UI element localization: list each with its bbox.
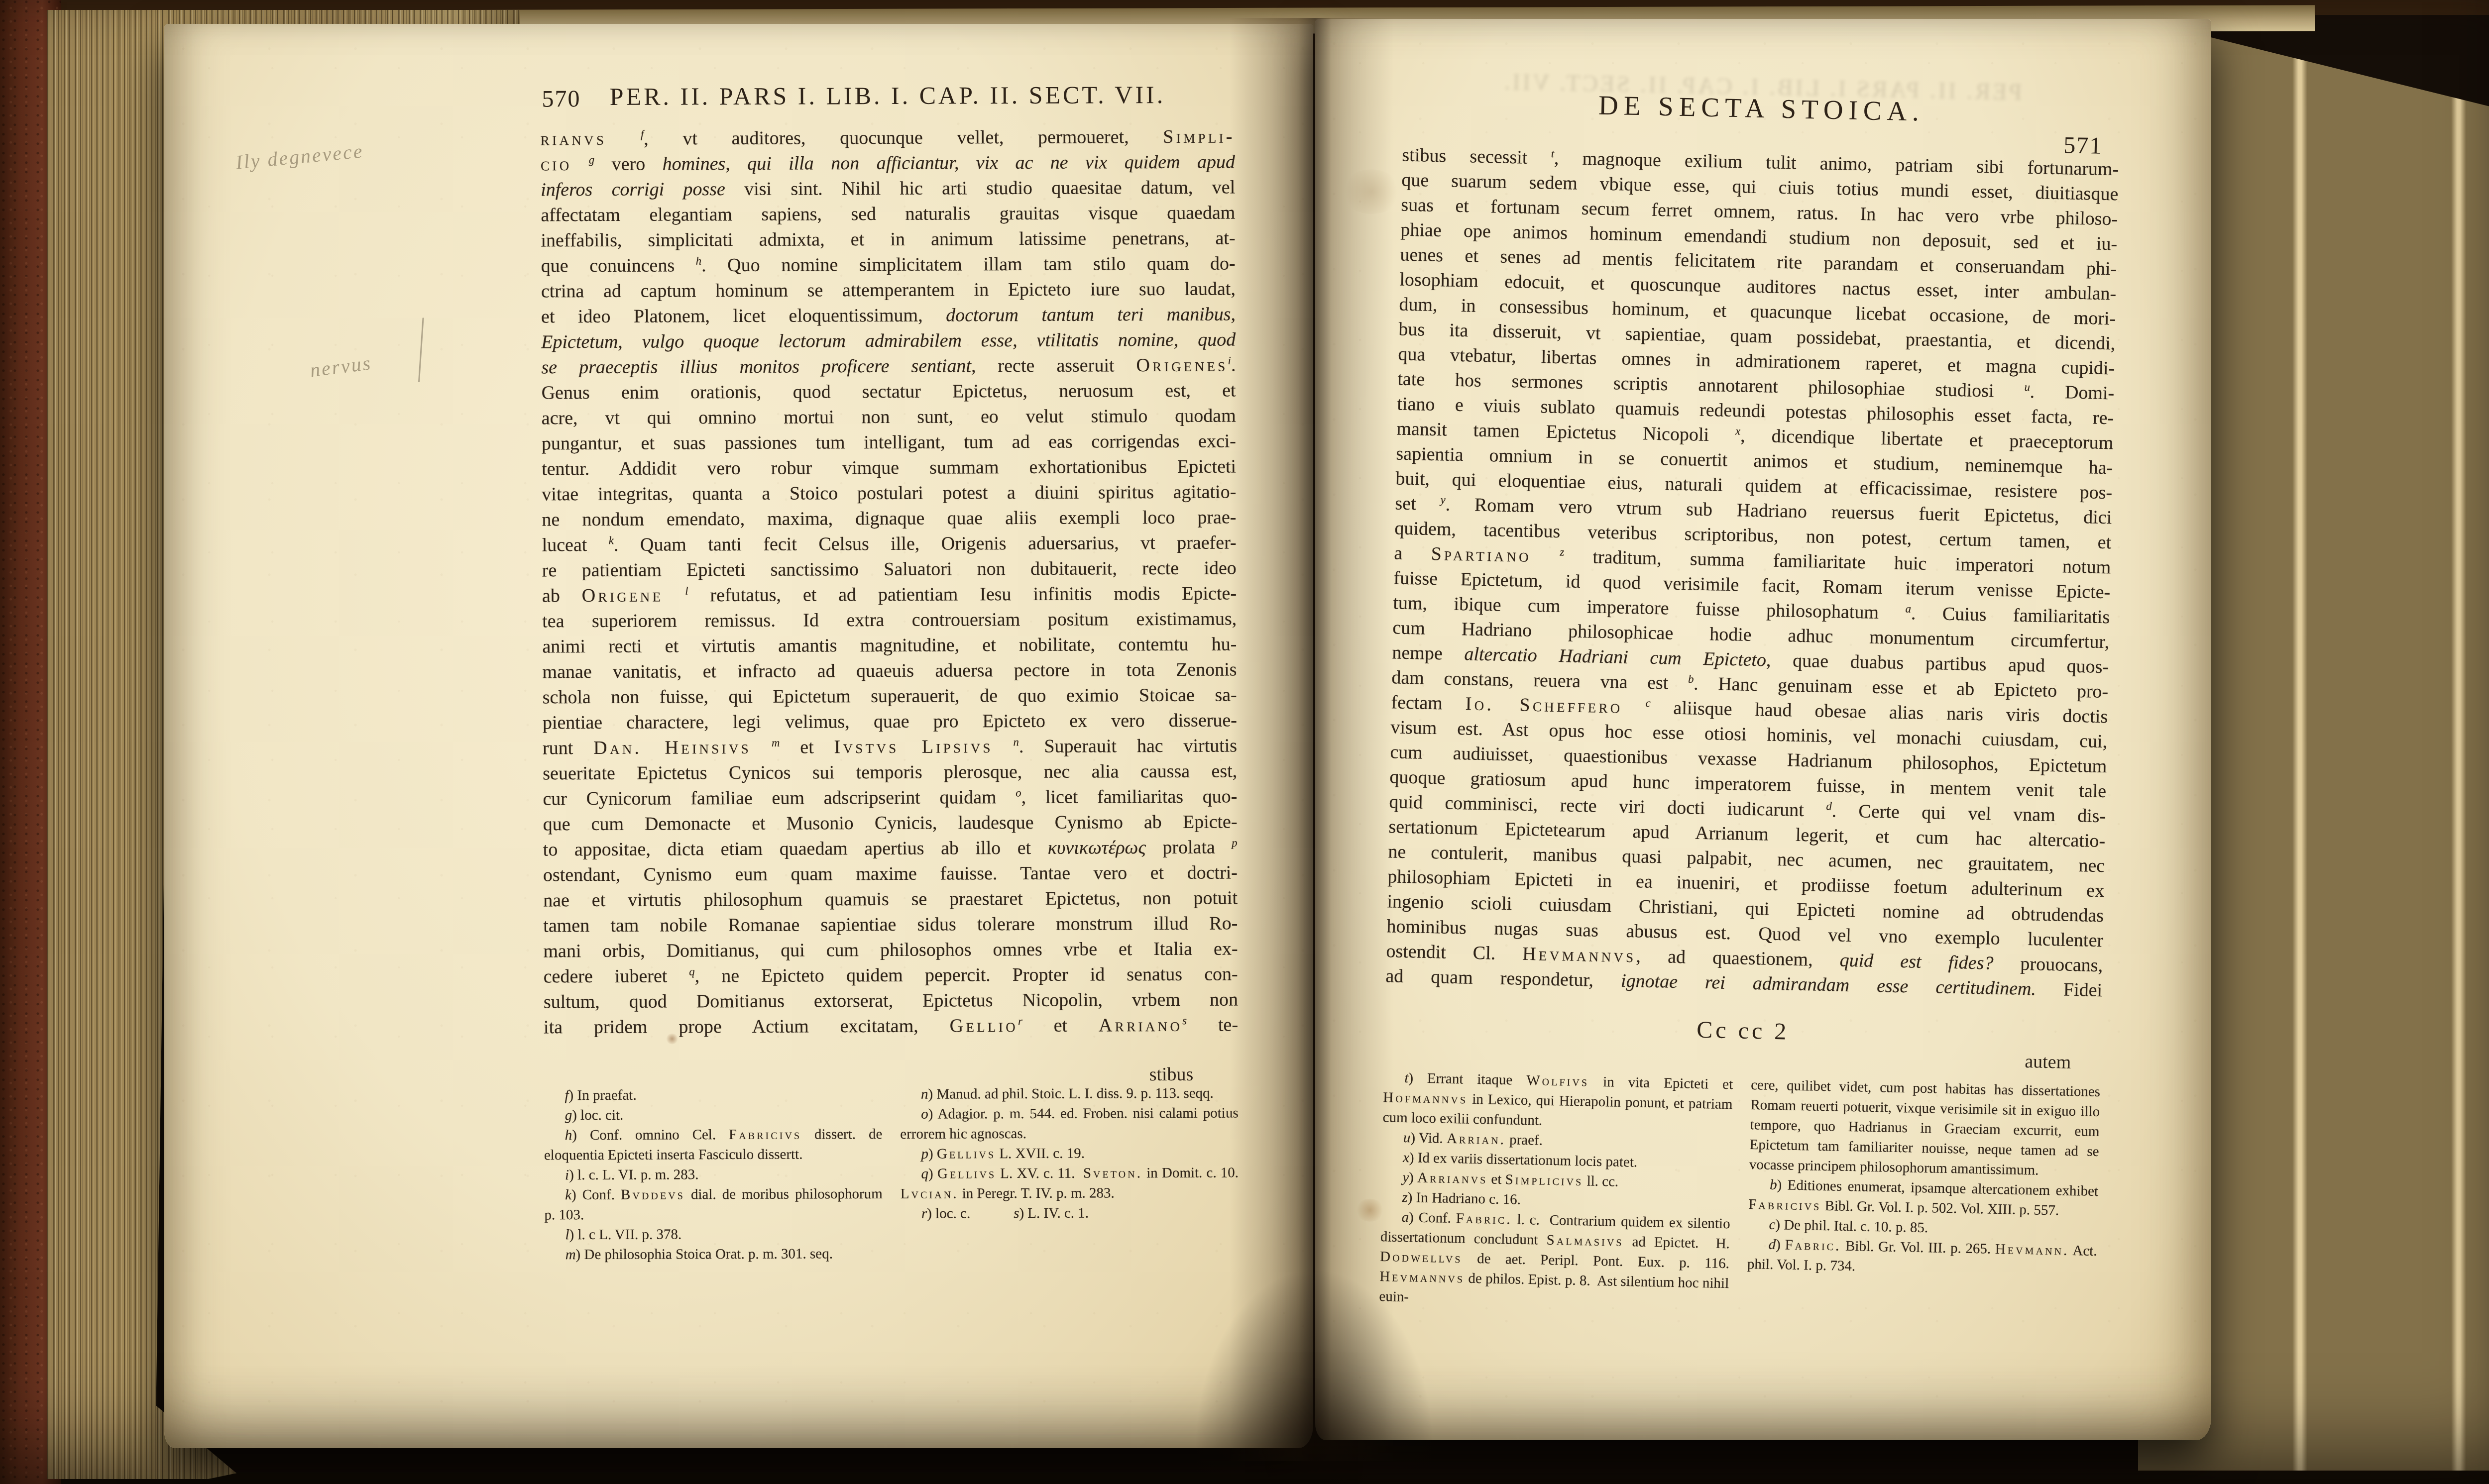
footnote: b) Editiones enumerat, ipsamque altercat…: [1748, 1174, 2098, 1221]
footnote: d) Fabric. Bibl. Gr. Vol. III. p. 265. H…: [1747, 1234, 2097, 1281]
footnote: o) Adagior. p. m. 544. ed. Froben. nisi …: [900, 1103, 1239, 1144]
footnote: cere, quilibet videt, cum post habitas h…: [1749, 1075, 2101, 1181]
text-line: que conuincens h. Quo nomine simplicitat…: [541, 253, 1236, 281]
text-line: tamen tam nobile Romanae sapientiae sidu…: [543, 913, 1238, 941]
stain: [1341, 169, 1402, 214]
text-line: schola non fuisse, qui Epictetum superau…: [543, 684, 1237, 712]
footnote: n) Manud. ad phil. Stoic. L. I. diss. 9.…: [900, 1083, 1239, 1104]
book-scan: 570 PER. II. PARS I. LIB. I. CAP. II. SE…: [0, 0, 2489, 1484]
footnote-column-1: f) In praefat.g) loc. cit.h) Conf. omnin…: [544, 1084, 883, 1265]
right-page-content: PER. II. PARS I. LIB. I. CAP. II. SECT. …: [1287, 19, 2211, 1458]
text-line: ineffabilis, simplicitati admixta, et in…: [541, 227, 1235, 255]
text-line: ab Origene l refutatus, et ad patientiam…: [542, 583, 1237, 611]
text-line: re patientiam Epicteti sanctissimo Salua…: [542, 557, 1237, 585]
right-page: PER. II. PARS I. LIB. I. CAP. II. SECT. …: [1315, 19, 2211, 1440]
running-header: PER. II. PARS I. LIB. I. CAP. II. SECT. …: [540, 80, 1235, 111]
left-page: 570 PER. II. PARS I. LIB. I. CAP. II. SE…: [164, 24, 1313, 1448]
text-line: rianvs f, vt auditores, quocunque vellet…: [541, 126, 1235, 154]
footnote: r) loc. c. s) L. IV. c. 1.: [901, 1203, 1239, 1224]
footnote: i) l. c. L. VI. p. m. 283.: [544, 1164, 883, 1185]
text-line: se praeceptis illius monitos proficere s…: [541, 354, 1236, 382]
pencil-stroke: [418, 318, 424, 382]
text-line: nae et virtutis philosophum quamuis se p…: [543, 887, 1238, 915]
protruding-page-edge: [2292, 27, 2307, 1471]
text-line: ita pridem prope Actium excitatam, Gelli…: [544, 1014, 1238, 1042]
text-line: luceat k. Quam tanti fecit Celsus ille, …: [542, 532, 1237, 560]
pencil-marginalia-1: Ily degnevece: [234, 139, 364, 174]
text-line: ne nondum emendato, maxima, dignaque qua…: [542, 507, 1236, 534]
pencil-marginalia-2: nervus: [309, 351, 373, 382]
footnote: f) In praefat.: [544, 1084, 882, 1105]
text-line: acre, vt qui omnino mortui non sunt, eo …: [542, 405, 1236, 433]
footnote-column-2: n) Manud. ad phil. Stoic. L. I. diss. 9.…: [900, 1083, 1239, 1264]
footnote: p) Gellivs L. XVII. c. 19.: [900, 1143, 1239, 1164]
text-line: ostendant, Cynismo eum quam maxime fauis…: [543, 862, 1238, 890]
text-line: pientiae charactere, legi velimus, quae …: [543, 710, 1237, 738]
text-line: cur Cynicorum familiae eum adscripserint…: [543, 786, 1237, 814]
text-line: inferos corrigi posse visi sint. Nihil h…: [541, 177, 1235, 205]
text-line: ctrina ad captum hominum se attemperante…: [541, 278, 1236, 306]
text-line: tea superiorem remissus. Id extra contro…: [542, 608, 1237, 636]
body-text: stibus secessit t, magnoque exilium tuli…: [1385, 144, 2119, 1005]
text-line: Epictetum, vulgo quoque lectorum admirab…: [541, 329, 1236, 357]
text-line: cio g vero homines, qui illa non afficia…: [541, 151, 1235, 179]
body-text: rianvs f, vt auditores, quocunque vellet…: [541, 126, 1238, 1042]
text-line: pungantur, et suas passiones tum intelli…: [542, 430, 1236, 458]
text-line: to appositae, dicta etiam quaedam aperti…: [543, 837, 1238, 864]
text-line: Genus enim orationis, quod sectatur Epic…: [542, 380, 1236, 408]
text-line: runt Dan. Heinsivs m et Ivstvs Lipsivs n…: [543, 735, 1237, 763]
text-line: que cum Demonacte et Musonio Cynicis, la…: [543, 811, 1238, 839]
footnote: a) Conf. Fabric. l. c. Contrarium quidem…: [1379, 1207, 1730, 1313]
footnote: m) De philosophia Stoica Orat. p. m. 301…: [545, 1244, 883, 1265]
text-line: affectatam elegantiam sapiens, sed natur…: [541, 202, 1235, 230]
footnote: t) Errant itaque Wolfivs in vita Epictet…: [1382, 1067, 1733, 1134]
text-line: vitae integritas, quanta a Stoico postul…: [542, 481, 1236, 509]
left-page-content: 570 PER. II. PARS I. LIB. I. CAP. II. SE…: [164, 22, 1318, 1450]
protruding-page-edge: [2451, 27, 2466, 1471]
footnote: q) Gellivs L. XV. c. 11. Sveton. in Domi…: [900, 1163, 1239, 1204]
footnote: k) Conf. Bvddevs dial. de moribus philos…: [544, 1184, 883, 1225]
footnote-column-1: t) Errant itaque Wolfivs in vita Epictet…: [1379, 1067, 1733, 1313]
text-line: mani orbis, Domitianus, qui cum philosop…: [543, 938, 1238, 966]
text-line: seueritate Epictetus Cynicos sui tempori…: [543, 760, 1237, 788]
footnotes: f) In praefat.g) loc. cit.h) Conf. omnin…: [544, 1083, 1239, 1265]
text-line: cedere iuberet q, ne Epicteto quidem pep…: [544, 963, 1238, 991]
footnote: h) Conf. omnino Cel. Fabricivs dissert. …: [544, 1124, 883, 1165]
text-line: animi recti et virtutis amantis magnitud…: [542, 634, 1237, 661]
footnotes: t) Errant itaque Wolfivs in vita Epictet…: [1379, 1067, 2100, 1321]
footnote: g) loc. cit.: [544, 1104, 883, 1125]
text-line: tentur. Addidit vero robur vimque summam…: [542, 456, 1236, 484]
text-line: et ideo Platonem, licet eloquentissimum,…: [541, 304, 1236, 331]
footnote-column-2: cere, quilibet videt, cum post habitas h…: [1746, 1075, 2100, 1321]
footnote: l) l. c L. VII. p. 378.: [544, 1224, 883, 1245]
text-line: sultum, quod Domitianus extorserat, Epic…: [544, 989, 1238, 1017]
text-line: manae vanitatis, et infracto ad quaeuis …: [542, 659, 1237, 687]
